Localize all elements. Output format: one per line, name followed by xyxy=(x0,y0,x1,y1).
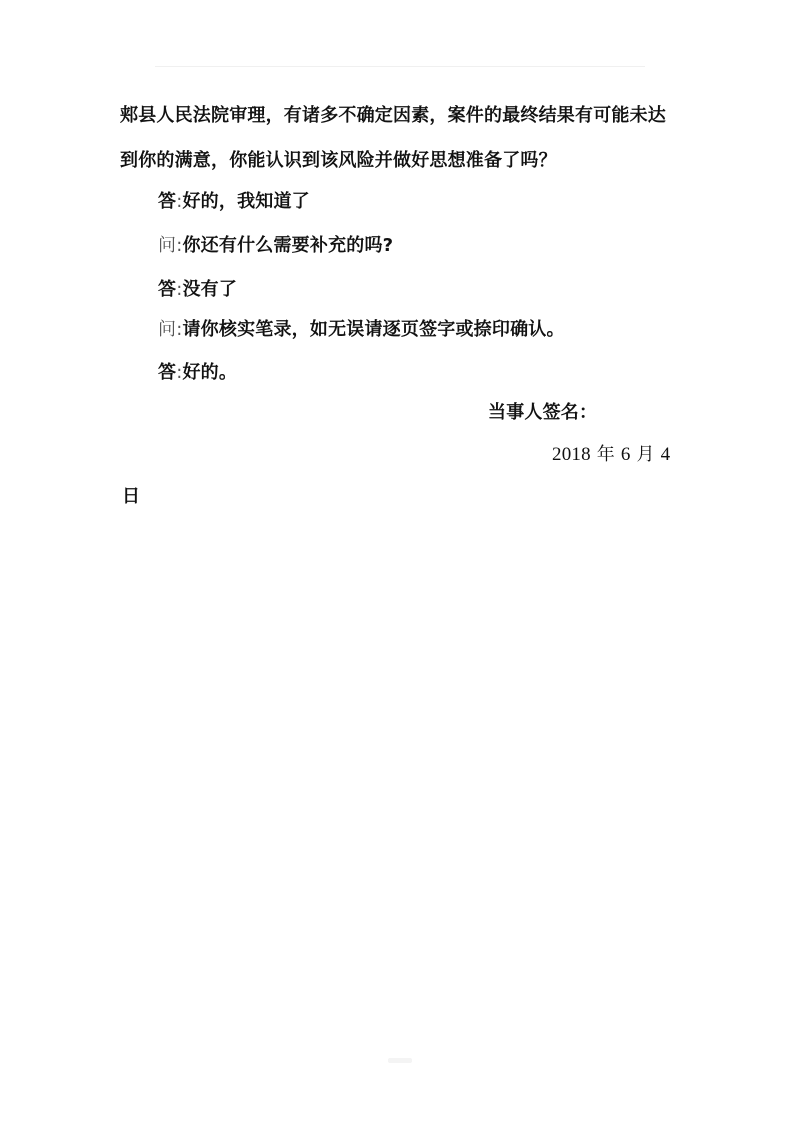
speaker-label: 答 xyxy=(158,362,176,383)
paragraph-line-2: 到你的满意，你能认识到该风险并做好思想准备了吗？ xyxy=(120,149,557,173)
header-rule xyxy=(155,66,645,67)
dialogue-question-2: 问:请你核实笔录，如无误请逐页签字或捺印确认。 xyxy=(158,318,565,342)
signature-label: 当事人签名： xyxy=(488,401,597,425)
date-month-char: 月 xyxy=(636,444,654,465)
date-day-char: 日 xyxy=(122,485,140,509)
speaker-label: 问 xyxy=(158,319,176,340)
date-month: 6 xyxy=(621,444,631,465)
date-year: 2018 xyxy=(552,444,591,465)
date-day: 4 xyxy=(661,444,671,465)
dialogue-text: 没有了 xyxy=(182,279,237,300)
speaker-label: 问 xyxy=(158,235,176,256)
dialogue-text: 好的，我知道了 xyxy=(182,191,309,212)
dialogue-answer-2: 答:没有了 xyxy=(158,278,237,302)
dialogue-text: 请你核实笔录，如无误请逐页签字或捺印确认。 xyxy=(182,319,564,340)
dialogue-answer-1: 答:好的，我知道了 xyxy=(158,190,310,214)
dialogue-answer-3: 答:好的。 xyxy=(158,361,237,385)
dialogue-text: 你还有什么需要补充的吗? xyxy=(182,235,393,256)
date-year-char: 年 xyxy=(597,444,615,465)
date-line: 2018 年 6 月 4 xyxy=(552,443,670,467)
dialogue-question-1: 问:你还有什么需要补充的吗? xyxy=(158,234,393,258)
dialogue-text: 好的。 xyxy=(182,362,237,383)
speaker-label: 答 xyxy=(158,279,176,300)
speaker-label: 答 xyxy=(158,191,176,212)
footer-watermark xyxy=(388,1058,412,1063)
paragraph-line-1: 郏县人民法院审理，有诸多不确定因素，案件的最终结果有可能未达 xyxy=(120,104,666,128)
